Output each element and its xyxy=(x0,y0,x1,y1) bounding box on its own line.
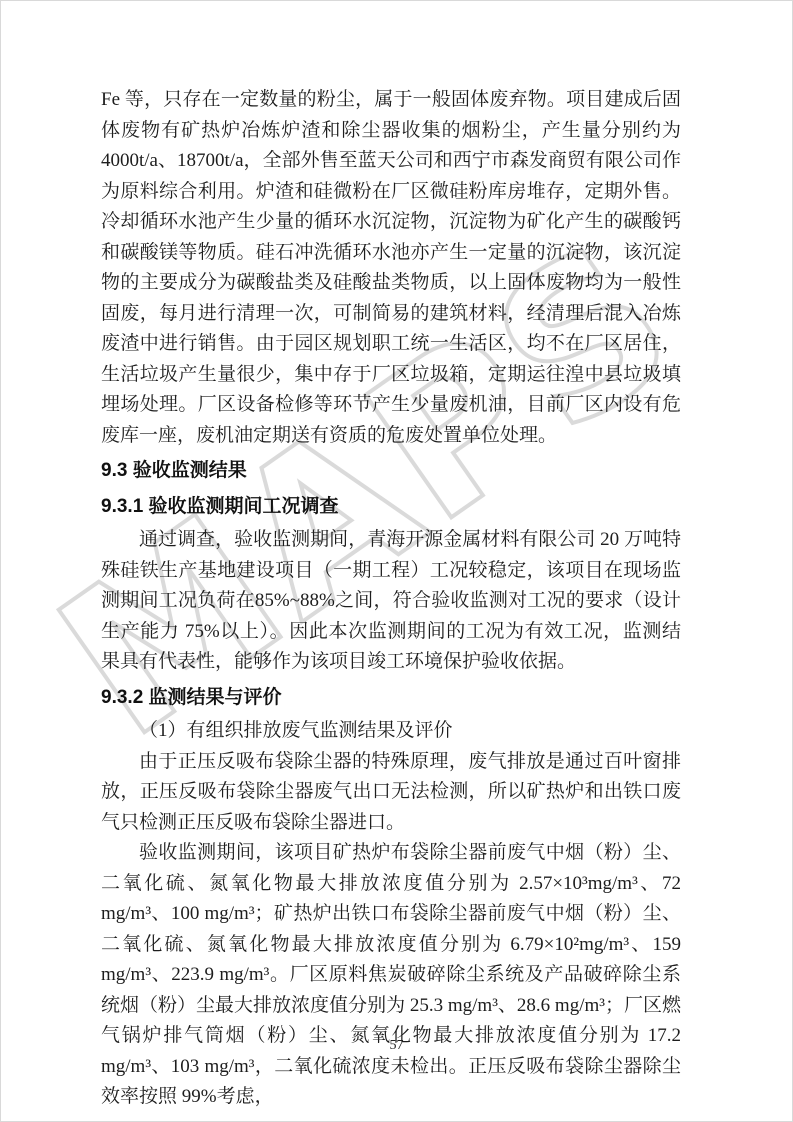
paragraph: （1）有组织排放废气监测结果及评价 xyxy=(101,716,681,747)
paragraph: 通过调查，验收监测期间，青海开源金属材料有限公司 20 万吨特殊硅铁生产基地建设… xyxy=(101,525,681,678)
document-blocks: Fe 等，只存在一定数量的粉尘，属于一般固体废弃物。项目建成后固体废物有矿热炉冶… xyxy=(101,85,681,1113)
section-heading: 9.3.2 监测结果与评价 xyxy=(101,683,681,714)
section-heading: 9.3 验收监测结果 xyxy=(101,456,681,487)
paragraph: Fe 等，只存在一定数量的粉尘，属于一般固体废弃物。项目建成后固体废物有矿热炉冶… xyxy=(101,85,681,451)
section-heading: 9.3.1 验收监测期间工况调查 xyxy=(101,492,681,523)
document-page: MAPS Fe 等，只存在一定数量的粉尘，属于一般固体废弃物。项目建成后固体废物… xyxy=(0,0,793,1122)
paragraph: 验收监测期间，该项目矿热炉布袋除尘器前废气中烟（粉）尘、二氧化硫、氮氧化物最大排… xyxy=(101,838,681,1113)
paragraph: 由于正压反吸布袋除尘器的特殊原理，废气排放是通过百叶窗排放，正压反吸布袋除尘器废… xyxy=(101,747,681,839)
page-number: 57 xyxy=(1,1038,792,1054)
